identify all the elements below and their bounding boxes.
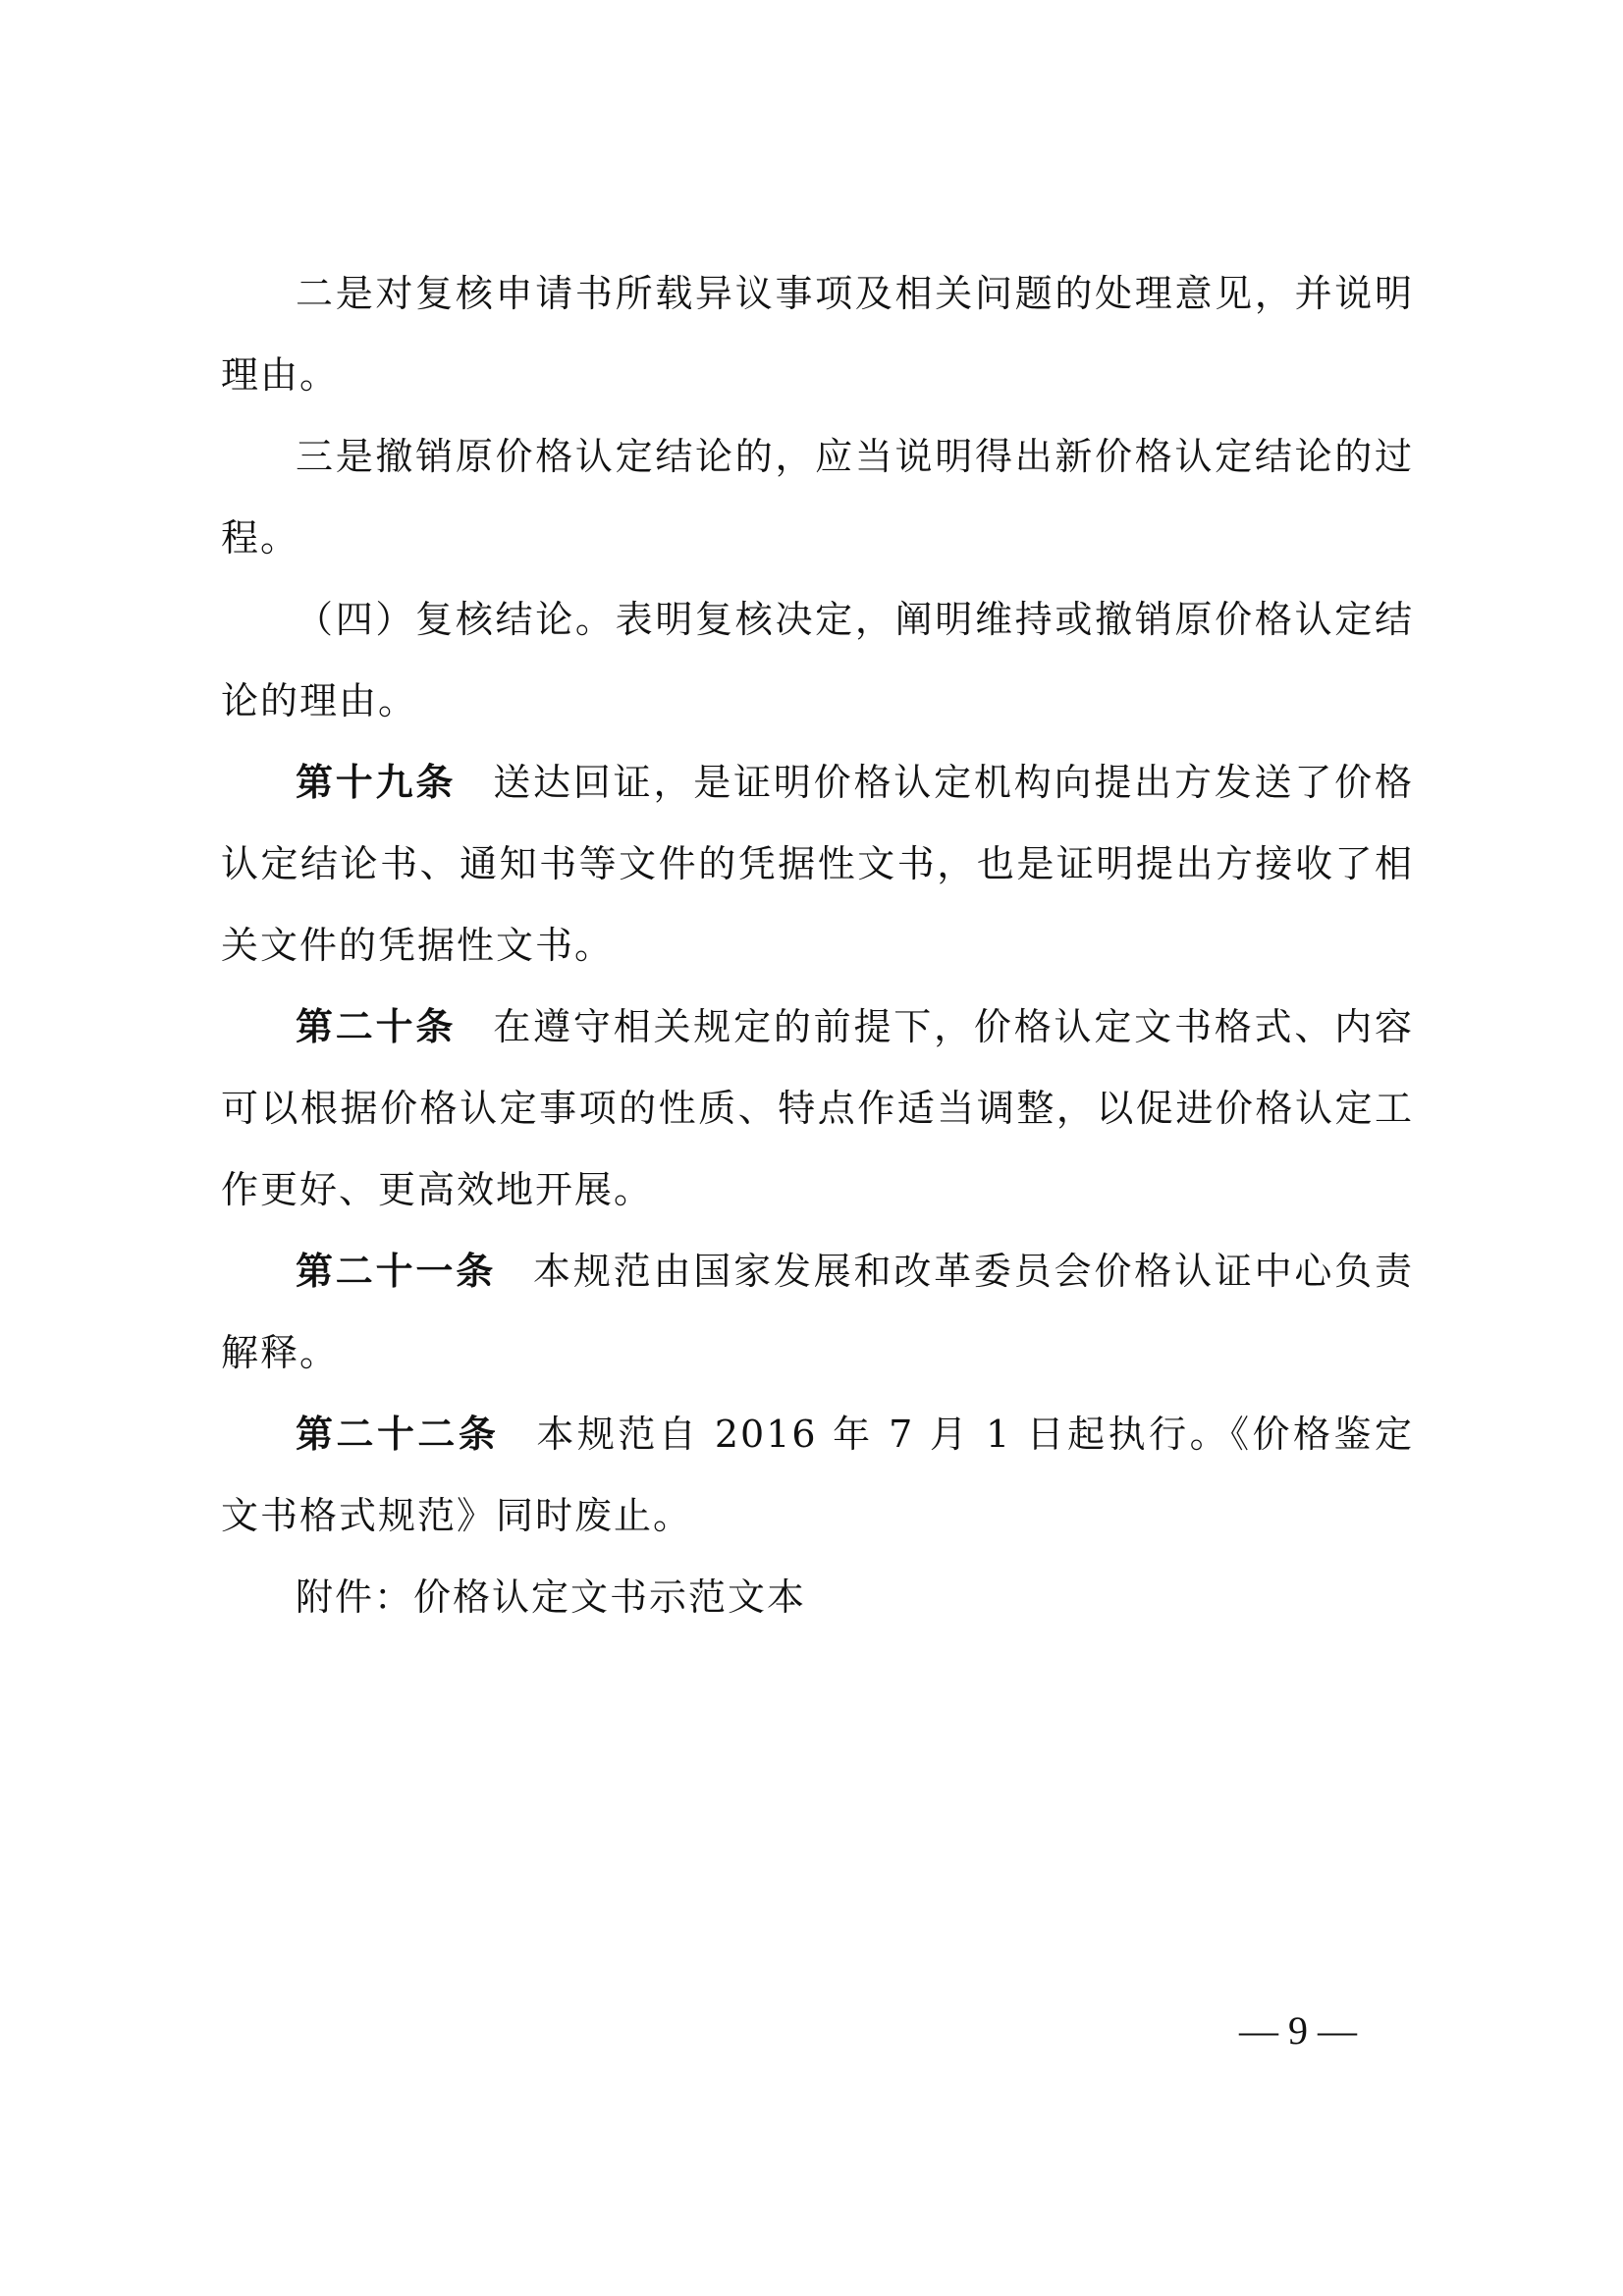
article-21: 第二十一条本规范由国家发展和改革委员会价格认证中心负责解释。: [221, 1231, 1414, 1394]
document-body: 二是对复核申请书所载异议事项及相关问题的处理意见，并说明理由。 三是撤销原价格认…: [221, 253, 1414, 1638]
article-20: 第二十条在遵守相关规定的前提下，价格认定文书格式、内容可以根据价格认定事项的性质…: [221, 987, 1414, 1231]
paragraph-conclusion: （四）复核结论。表明复核决定，阐明维持或撤销原价格认定结论的理由。: [221, 579, 1414, 742]
article-heading: 第十九条: [296, 761, 456, 804]
page-number: — 9 —: [1239, 2007, 1357, 2054]
article-heading: 第二十一条: [296, 1250, 496, 1293]
article-heading: 第二十二条: [296, 1413, 499, 1456]
paragraph-item-3: 三是撤销原价格认定结论的，应当说明得出新价格认定结论的过程。: [221, 416, 1414, 579]
article-22: 第二十二条本规范自 2016 年 7 月 1 日起执行。《价格鉴定文书格式规范》…: [221, 1394, 1414, 1557]
attachment-note: 附件：价格认定文书示范文本: [221, 1557, 1414, 1638]
article-heading: 第二十条: [296, 1005, 456, 1048]
article-19: 第十九条送达回证，是证明价格认定机构向提出方发送了价格认定结论书、通知书等文件的…: [221, 742, 1414, 987]
paragraph-item-2: 二是对复核申请书所载异议事项及相关问题的处理意见，并说明理由。: [221, 253, 1414, 416]
